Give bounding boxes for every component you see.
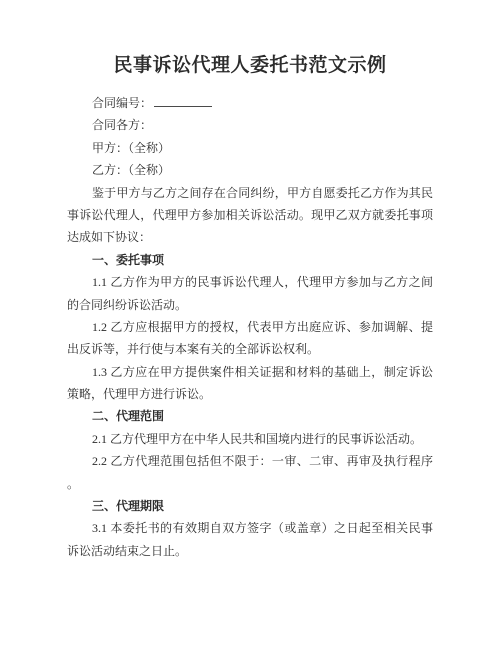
clause-1-3-line-1: 1.3 乙方应在甲方提供案件相关证据和材料的基础上，制定诉讼 (67, 361, 433, 383)
clause-1-2-line-2: 出反诉等，并行使与本案有关的全部诉讼权利。 (67, 338, 433, 360)
line-text: 出反诉等，并行使与本案有关的全部诉讼权利。 (67, 342, 319, 356)
section-heading-1: 一、委托事项 (67, 249, 433, 271)
line-text: 二、代理范围 (92, 409, 164, 423)
line-text: 2.2 乙方代理范围包括但不限于：一审、二审、再审及执行程序 (92, 454, 433, 468)
clause-2-2-line-2: 。 (67, 473, 433, 495)
party-a-line: 甲方：（全称） (67, 137, 433, 159)
clause-1-1-line-1: 1.1 乙方作为甲方的民事诉讼代理人，代理甲方参加与乙方之间 (67, 271, 433, 293)
preamble-line-3: 达成如下协议： (67, 226, 433, 248)
contract-number-line: 合同编号： (67, 92, 433, 114)
line-text: 甲方：（全称） (92, 141, 170, 155)
line-text: 策略，代理甲方进行诉讼。 (67, 387, 211, 401)
line-text: 一、委托事项 (92, 253, 164, 267)
parties-label: 合同各方： (67, 114, 433, 136)
clause-1-2-line-1: 1.2 乙方应根据甲方的授权，代表甲方出庭应诉、参加调解、提 (67, 316, 433, 338)
party-b-line: 乙方：（全称） (67, 159, 433, 181)
document-title: 民事诉讼代理人委托书范文示例 (0, 53, 500, 78)
preamble-line-2: 事诉讼代理人，代理甲方参加相关诉讼活动。现甲乙双方就委托事项 (67, 204, 433, 226)
line-text: 鉴于甲方与乙方之间存在合同纠纷，甲方自愿委托乙方作为其民 (92, 186, 433, 200)
clause-2-2-line-1: 2.2 乙方代理范围包括但不限于：一审、二审、再审及执行程序 (67, 450, 433, 472)
line-text: 合同各方： (92, 118, 152, 132)
clause-2-1-line-1: 2.1 乙方代理甲方在中华人民共和国境内进行的民事诉讼活动。 (67, 428, 433, 450)
line-text: 达成如下协议： (67, 230, 151, 244)
document-body: 合同编号：合同各方：甲方：（全称）乙方：（全称）鉴于甲方与乙方之间存在合同纠纷，… (0, 92, 500, 562)
clause-1-3-line-2: 策略，代理甲方进行诉讼。 (67, 383, 433, 405)
line-text: 事诉讼代理人，代理甲方参加相关诉讼活动。现甲乙双方就委托事项 (67, 208, 433, 222)
section-heading-2: 二、代理范围 (67, 405, 433, 427)
preamble-line-1: 鉴于甲方与乙方之间存在合同纠纷，甲方自愿委托乙方作为其民 (67, 182, 433, 204)
line-text: 1.3 乙方应在甲方提供案件相关证据和材料的基础上，制定诉讼 (92, 365, 433, 379)
line-text: 1.1 乙方作为甲方的民事诉讼代理人，代理甲方参加与乙方之间 (92, 275, 433, 289)
line-text: 3.1 本委托书的有效期自双方签字（或盖章）之日起至相关民事 (92, 521, 433, 535)
line-text: 的合同纠纷诉讼活动。 (67, 298, 187, 312)
line-text: 乙方：（全称） (92, 163, 170, 177)
line-text: 诉讼活动结束之日止。 (67, 544, 187, 558)
section-heading-3: 三、代理期限 (67, 495, 433, 517)
document-page: 民事诉讼代理人委托书范文示例 合同编号：合同各方：甲方：（全称）乙方：（全称）鉴… (0, 0, 500, 647)
line-text: 1.2 乙方应根据甲方的授权，代表甲方出庭应诉、参加调解、提 (92, 320, 433, 334)
clause-1-1-line-2: 的合同纠纷诉讼活动。 (67, 294, 433, 316)
line-text: 合同编号： (92, 96, 152, 110)
line-text: 。 (67, 477, 79, 491)
clause-3-1-line-2: 诉讼活动结束之日止。 (67, 540, 433, 562)
line-text: 三、代理期限 (92, 499, 164, 513)
line-text: 2.1 乙方代理甲方在中华人民共和国境内进行的民事诉讼活动。 (92, 432, 422, 446)
clause-3-1-line-1: 3.1 本委托书的有效期自双方签字（或盖章）之日起至相关民事 (67, 517, 433, 539)
contract-number-blank (154, 93, 212, 107)
